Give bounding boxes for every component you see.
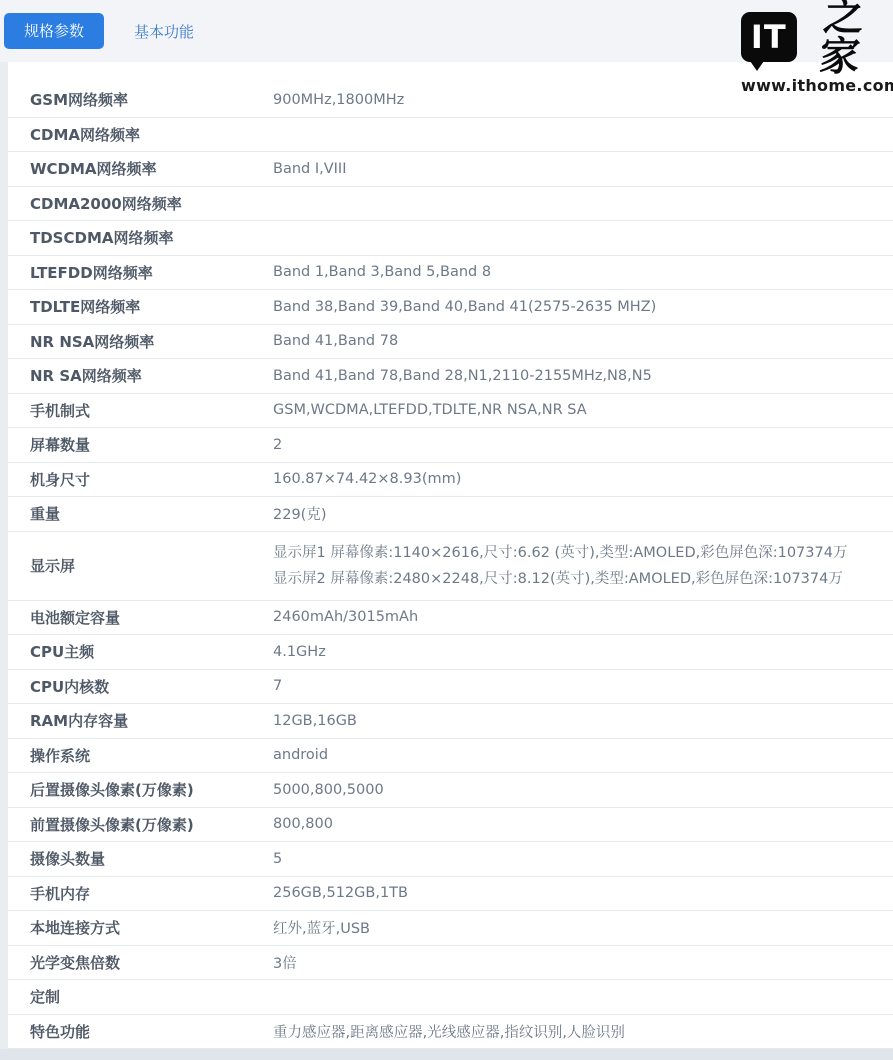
spec-value: Band 38,Band 39,Band 40,Band 41(2575-263…: [273, 299, 893, 315]
ithome-url-text: www.ithome.com: [741, 76, 881, 95]
spec-label: RAM内存容量: [8, 710, 273, 731]
spec-label: 摄像头数量: [8, 848, 273, 869]
spec-label: 屏幕数量: [8, 434, 273, 455]
spec-value: 4.1GHz: [273, 644, 893, 660]
spec-label: TDSCDMA网络频率: [8, 227, 273, 248]
table-row: TDSCDMA网络频率: [8, 221, 893, 256]
spec-value: Band 41,Band 78: [273, 333, 893, 349]
spec-value: GSM,WCDMA,LTEFDD,TDLTE,NR NSA,NR SA: [273, 402, 893, 418]
spec-value: Band 1,Band 3,Band 5,Band 8: [273, 264, 893, 280]
spec-value: 2460mAh/3015mAh: [273, 609, 893, 625]
spec-label: CDMA网络频率: [8, 124, 273, 145]
table-row: 操作系统 android: [8, 739, 893, 774]
spec-value: Band Ⅰ,VIII: [273, 161, 893, 177]
spec-value: android: [273, 747, 893, 763]
spec-label: NR NSA网络频率: [8, 331, 273, 352]
spec-label: CDMA2000网络频率: [8, 193, 273, 214]
spec-value: 229(克): [273, 503, 893, 524]
table-row: LTEFDD网络频率 Band 1,Band 3,Band 5,Band 8: [8, 256, 893, 291]
spec-label: 手机制式: [8, 400, 273, 421]
table-row: CPU内核数 7: [8, 670, 893, 705]
spec-value: 160.87×74.42×8.93(mm): [273, 471, 893, 487]
spec-value: 3倍: [273, 952, 893, 973]
table-row: 电池额定容量 2460mAh/3015mAh: [8, 601, 893, 636]
table-row: 定制: [8, 980, 893, 1015]
table-row: NR NSA网络频率 Band 41,Band 78: [8, 325, 893, 360]
table-row: WCDMA网络频率 Band Ⅰ,VIII: [8, 152, 893, 187]
spec-value: Band 41,Band 78,Band 28,N1,2110-2155MHz,…: [273, 368, 893, 384]
spec-label: CPU主频: [8, 641, 273, 662]
spec-value: 256GB,512GB,1TB: [273, 885, 893, 901]
spec-label: 手机内存: [8, 883, 273, 904]
tab-spec-params[interactable]: 规格参数: [4, 13, 104, 49]
spec-value: 5000,800,5000: [273, 782, 893, 798]
spec-label: 本地连接方式: [8, 917, 273, 938]
table-row: RAM内存容量 12GB,16GB: [8, 704, 893, 739]
spec-value: 5: [273, 851, 893, 867]
spec-label: 电池额定容量: [8, 607, 273, 628]
spec-value: 7: [273, 678, 893, 694]
spec-label: GSM网络频率: [8, 89, 273, 110]
spec-label: 操作系统: [8, 745, 273, 766]
table-row: CPU主频 4.1GHz: [8, 635, 893, 670]
spec-value: 800,800: [273, 816, 893, 832]
ithome-watermark: IT 之家 www.ithome.com: [741, 8, 881, 95]
spec-label: TDLTE网络频率: [8, 296, 273, 317]
spec-label: 光学变焦倍数: [8, 952, 273, 973]
spec-label: WCDMA网络频率: [8, 158, 273, 179]
spec-label: 定制: [8, 986, 273, 1007]
table-row: 特色功能 重力感应器,距离感应器,光线感应器,指纹识别,人脸识别: [8, 1015, 893, 1050]
table-row: 本地连接方式 红外,蓝牙,USB: [8, 911, 893, 946]
spec-value: 重力感应器,距离感应器,光线感应器,指纹识别,人脸识别: [273, 1021, 893, 1042]
table-row: 后置摄像头像素(万像素) 5000,800,5000: [8, 773, 893, 808]
spec-value-line: 显示屏2 屏幕像素:2480×2248,尺寸:8.12(英寸),类型:AMOLE…: [273, 566, 883, 592]
table-row: 显示屏 显示屏1 屏幕像素:1140×2616,尺寸:6.62 (英寸),类型:…: [8, 532, 893, 601]
table-row: CDMA2000网络频率: [8, 187, 893, 222]
ithome-logo-cn-text: 之家: [797, 0, 885, 77]
table-row: 机身尺寸 160.87×74.42×8.93(mm): [8, 463, 893, 498]
spec-value: 12GB,16GB: [273, 713, 893, 729]
ithome-logo: IT 之家: [741, 8, 881, 66]
spec-label: 前置摄像头像素(万像素): [8, 814, 273, 835]
spec-label: 特色功能: [8, 1021, 273, 1042]
table-row: 屏幕数量 2: [8, 428, 893, 463]
spec-value: 2: [273, 437, 893, 453]
table-row: 手机内存 256GB,512GB,1TB: [8, 877, 893, 912]
spec-label: 机身尺寸: [8, 469, 273, 490]
page-bottom-strip: [0, 1049, 893, 1060]
table-row: CDMA网络频率: [8, 118, 893, 153]
spec-value-line: 显示屏1 屏幕像素:1140×2616,尺寸:6.62 (英寸),类型:AMOL…: [273, 540, 883, 566]
spec-label: NR SA网络频率: [8, 365, 273, 386]
ithome-logo-icon: IT: [741, 12, 797, 62]
table-row: 重量 229(克): [8, 497, 893, 532]
table-row: 手机制式 GSM,WCDMA,LTEFDD,TDLTE,NR NSA,NR SA: [8, 394, 893, 429]
page-left-margin: [0, 62, 8, 1060]
table-row: NR SA网络频率 Band 41,Band 78,Band 28,N1,211…: [8, 359, 893, 394]
tab-basic-functions[interactable]: 基本功能: [134, 21, 194, 42]
spec-value: 显示屏1 屏幕像素:1140×2616,尺寸:6.62 (英寸),类型:AMOL…: [273, 540, 893, 592]
spec-table: GSM网络频率 900MHz,1800MHz CDMA网络频率 WCDMA网络频…: [8, 62, 893, 1049]
table-row: 前置摄像头像素(万像素) 800,800: [8, 808, 893, 843]
spec-label: 重量: [8, 503, 273, 524]
table-row: 摄像头数量 5: [8, 842, 893, 877]
table-row: TDLTE网络频率 Band 38,Band 39,Band 40,Band 4…: [8, 290, 893, 325]
spec-value: 红外,蓝牙,USB: [273, 917, 893, 938]
spec-label: LTEFDD网络频率: [8, 262, 273, 283]
spec-label: 后置摄像头像素(万像素): [8, 779, 273, 800]
table-row: 光学变焦倍数 3倍: [8, 946, 893, 981]
spec-label: CPU内核数: [8, 676, 273, 697]
spec-label: 显示屏: [8, 555, 273, 576]
